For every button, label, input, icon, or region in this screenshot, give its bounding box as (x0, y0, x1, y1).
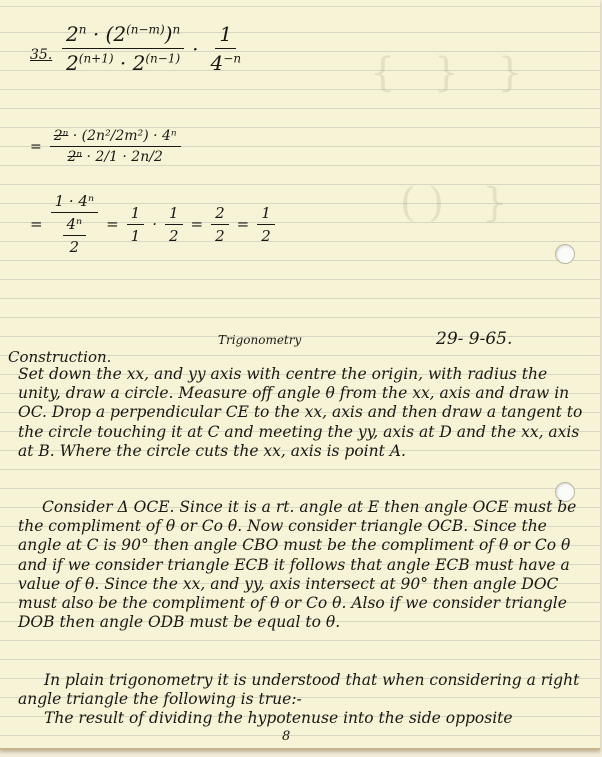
punch-hole-top (555, 244, 575, 264)
expression-step-2: = 2ⁿ · (2n²/2m²) · 4ⁿ 2ⁿ · 2/1 · 2n/2 (30, 128, 181, 165)
date: 29- 9-65. (436, 329, 512, 349)
bleed-through-marks-2: ( ) } (400, 180, 508, 226)
paragraph-hypotenuse: The result of dividing the hypotenuse in… (18, 709, 586, 728)
notebook-page: { } } ( ) } 35. 2n · (2(n−m))n 2(n+1) · … (0, 0, 600, 750)
bleed-through-marks: { } } (370, 50, 523, 96)
section-heading: Trigonometry (218, 333, 301, 347)
paragraph-construction: Set down the xx, and yy axis with centre… (18, 365, 586, 461)
page-number: 8 (282, 729, 290, 744)
fraction-numerator: 2n · (2(n−m))n (62, 22, 184, 49)
final-answer: 12 (257, 204, 275, 245)
paragraph-consider-triangles: Consider Δ OCE. Since it is a rt. angle … (18, 498, 586, 632)
reciprocal-factor: 1 4−n (207, 22, 246, 75)
main-fraction: 2n · (2(n−m))n 2(n+1) · 2(n−1) (62, 22, 184, 75)
expression-result: = 1 · 4ⁿ 4ⁿ2 = 11 · 12 = 22 = 12 (30, 192, 275, 256)
problem-number: 35. (30, 47, 52, 63)
expression-original: 2n · (2(n−m))n 2(n+1) · 2(n−1) · 1 4−n (62, 22, 245, 75)
step2-fraction: 2ⁿ · (2n²/2m²) · 4ⁿ 2ⁿ · 2/1 · 2n/2 (50, 128, 181, 165)
fraction-denominator: 2(n+1) · 2(n−1) (62, 49, 184, 75)
paragraph-plain-trig: In plain trigonometry it is understood t… (18, 671, 586, 709)
construction-title: Construction. (8, 348, 111, 366)
